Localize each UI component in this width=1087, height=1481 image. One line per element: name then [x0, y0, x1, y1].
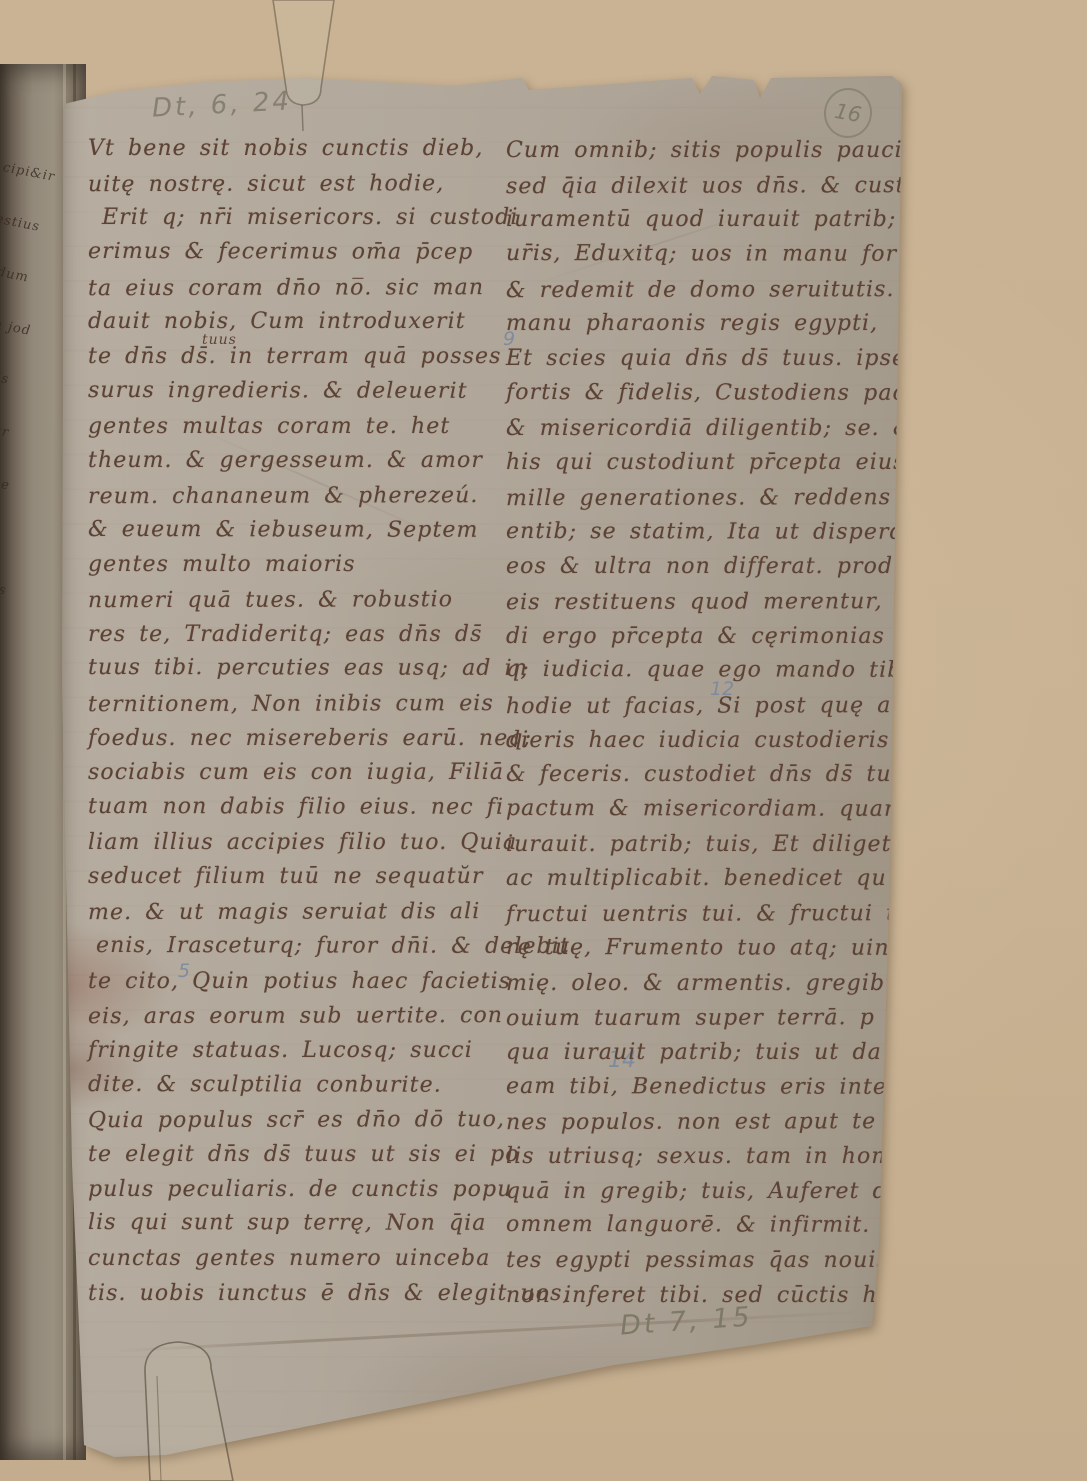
manuscript-text-line: res te, Tradideritq; eas dn̄s ds̄ — [88, 622, 524, 657]
manuscript-text-line: nes populos. non est aput te ste — [506, 1109, 926, 1145]
manuscript-text-line: di ergo pr̄cepta & cęrimonias — [506, 624, 926, 659]
manuscript-text-line: cunctas gentes numero uinceba — [88, 1246, 524, 1281]
manuscript-text-line: & eueum & iebuseum, Septem — [88, 517, 524, 553]
manuscript-text-line: sociabis cum eis con iugia, Filiā — [88, 760, 524, 795]
manuscript-text-line: eos & ultra non differat. prod — [506, 554, 926, 589]
manuscript-text-line: te dn̄s ds̄. in terram quā posses — [88, 344, 524, 379]
manuscript-text-line: theum. & gergesseum. & amor — [88, 448, 524, 483]
underleaf-text-fragment: om jod — [0, 314, 44, 341]
manuscript-text-line: mille generationes. & reddens o — [506, 485, 926, 521]
manuscript-text-line: Vt bene sit nobis cunctis dieb, — [88, 136, 524, 171]
manuscript-text-line: seducet filium tuū ne sequatŭr — [88, 864, 524, 899]
manuscript-text-line: quā in gregib; tuis, Auferet d — [506, 1179, 926, 1214]
manuscript-text-line: & misericordiā diligentib; se. & — [506, 416, 926, 451]
manuscript-text-line: te cito, Quin potius haec facietis — [88, 969, 524, 1004]
manuscript-text-line: gentes multo maioris — [88, 552, 524, 587]
manuscript-text-line: Et scies quia dn̄s ds̄ tuus. ipse est d — [506, 346, 926, 381]
manuscript-text-line: eam tibi, Benedictus eris inter — [506, 1074, 926, 1110]
manuscript-text-line: ta eius coram dn̄o no̅. sic man — [88, 275, 524, 311]
manuscript-text-line: eis, aras eorum sub uertite. con — [88, 1003, 524, 1039]
manuscript-text-line: Erit q; nr̄i misericors. si custodi — [88, 205, 524, 240]
manuscript-text-line: foedus. nec misereberis earū. neq; — [88, 726, 524, 761]
manuscript-text-line: his qui custodiunt pr̄cepta eius i — [506, 450, 926, 485]
underleaf-text-fragment: adum — [0, 263, 51, 290]
parchment-surface: Dt, 6, 24 16 Dt 7, 15 tuus 5 9 12 14 Vt … — [54, 64, 910, 1460]
manuscript-text-line: lis utriusq; sexus. tam in homi — [506, 1144, 926, 1179]
manuscript-text-line: tuam non dabis filio eius. nec fi — [88, 794, 524, 830]
manuscript-text-line: numeri quā tues. & robustio — [88, 587, 524, 623]
manuscript-text-line: & redemit de domo seruitutis. de — [506, 277, 926, 313]
manuscript-text-line: fringite statuas. Lucosq; succi — [88, 1038, 524, 1073]
manuscript-text-line: te elegit dn̄s ds̄ tuus ut sis ei po — [88, 1142, 524, 1177]
manuscript-text-line: liam illius accipies filio tuo. Quia — [88, 830, 524, 865]
manuscript-text-line: manu pharaonis regis egypti, — [506, 311, 926, 346]
manuscript-text-line: lis qui sunt sup terrę, Non q̄ia — [88, 1210, 524, 1246]
manuscript-text-line: hodie ut facias, Si post quę au — [506, 693, 926, 729]
manuscript-text-line: dite. & sculptilia conburite. — [88, 1072, 524, 1108]
manuscript-photo: cipi&irestiusadumom jodfacisuacuratequea… — [0, 0, 1087, 1481]
manuscript-text-line: non inferet tibi. sed cūctis hostib; — [506, 1283, 926, 1318]
manuscript-text-line: dauit nobis, Cum introduxerit — [88, 309, 524, 344]
underleaf-text-fragment: ateque — [0, 469, 22, 496]
manuscript-text-line: ternitionem, Non inibis cum eis — [88, 691, 524, 727]
manuscript-text-line: iuramentū quod iurauit patrib; — [506, 207, 926, 242]
manuscript-text-line: pulus peculiaris. de cunctis popu — [88, 1177, 524, 1212]
manuscript-text-line: surus ingredieris. & deleuerit — [88, 378, 524, 414]
manuscript-text-line: tuus tibi. percuties eas usq; ad in — [88, 655, 524, 691]
underleaf-text-fragment: estius — [0, 211, 58, 238]
manuscript-text-line: mię. oleo. & armentis. gregibu — [506, 971, 926, 1006]
parchment-leaf: Dt, 6, 24 16 Dt 7, 15 tuus 5 9 12 14 Vt … — [54, 64, 910, 1460]
manuscript-text-line: qua iurauit patrib; tuis ut da — [506, 1040, 926, 1075]
manuscript-text-line: ac multiplicabit. benedicet qu — [506, 866, 926, 901]
manuscript-text-line: rę tuę, Frumento tuo atq; uin — [506, 935, 926, 971]
manuscript-text-line: gentes multas coram te. het — [88, 414, 524, 449]
verse-reference-top: Dt, 6, 24 — [151, 86, 292, 123]
manuscript-text-line: ouium tuarum super terrā. p — [506, 1005, 926, 1041]
manuscript-text-line: erimus & fecerimus om̄a p̄cep — [88, 239, 524, 275]
manuscript-text-line: pactum & misericordiam. quam — [506, 796, 926, 832]
manuscript-text-line: iurauit. patrib; tuis, Et diliget te — [506, 832, 926, 867]
folio-number-circled: 16 — [820, 84, 876, 142]
manuscript-text-line: reum. chananeum & pherezeú. — [88, 483, 524, 519]
manuscript-text-line: & feceris. custodiet dn̄s ds̄ tuus t — [506, 762, 926, 797]
manuscript-text-line: me. & ut magis seruiat dis ali — [88, 899, 524, 935]
underleaf-text-fragment: insigens — [0, 572, 7, 599]
manuscript-text-line: q; iudicia. quae ego mando tib — [506, 657, 926, 693]
manuscript-text-line: dieris haec iudicia custodieris — [506, 728, 926, 763]
manuscript-text-line: Cum omnib; sitis populis paucio — [506, 138, 926, 173]
underleaf-text-fragment: atur — [0, 520, 15, 547]
manuscript-text-line: enis, Irasceturq; furor dn̄i. & delebit — [88, 933, 524, 969]
manuscript-text-line: eis restituens quod merentur, Cus — [506, 589, 926, 625]
manuscript-text-line: fructui uentris tui. & fructui t — [506, 901, 926, 937]
manuscript-text-line: uitę nostrę. sicut est hodie, — [88, 171, 524, 207]
manuscript-text-line: tis. uobis iunctus ē dn̄s & elegit uos, — [88, 1281, 524, 1316]
manuscript-text-line: entib; se statim, Ita ut disperd — [506, 519, 926, 555]
manuscript-text-line: tes egypti pessimas q̄as nouis — [506, 1248, 926, 1283]
manuscript-text-line: ur̄is, Eduxitq; uos in manu for — [506, 241, 926, 277]
underleaf-text-fragment: facis — [0, 366, 36, 393]
manuscript-text-line: omnem languorē. & infirmit. — [506, 1212, 926, 1248]
underleaf-text-fragment: uacur — [0, 417, 29, 444]
manuscript-text-line: Quia populus scr̄ es dn̄o dō tuo, — [88, 1107, 524, 1143]
text-column-left: Vt bene sit nobis cunctis dieb,uitę nost… — [88, 136, 524, 1315]
manuscript-text-line: sed q̄ia dilexit uos dn̄s. & custodiu — [506, 173, 926, 209]
text-column-right: Cum omnib; sitis populis pauciosed q̄ia … — [506, 138, 926, 1317]
manuscript-text-line: fortis & fidelis, Custodiens pact. — [506, 380, 926, 416]
